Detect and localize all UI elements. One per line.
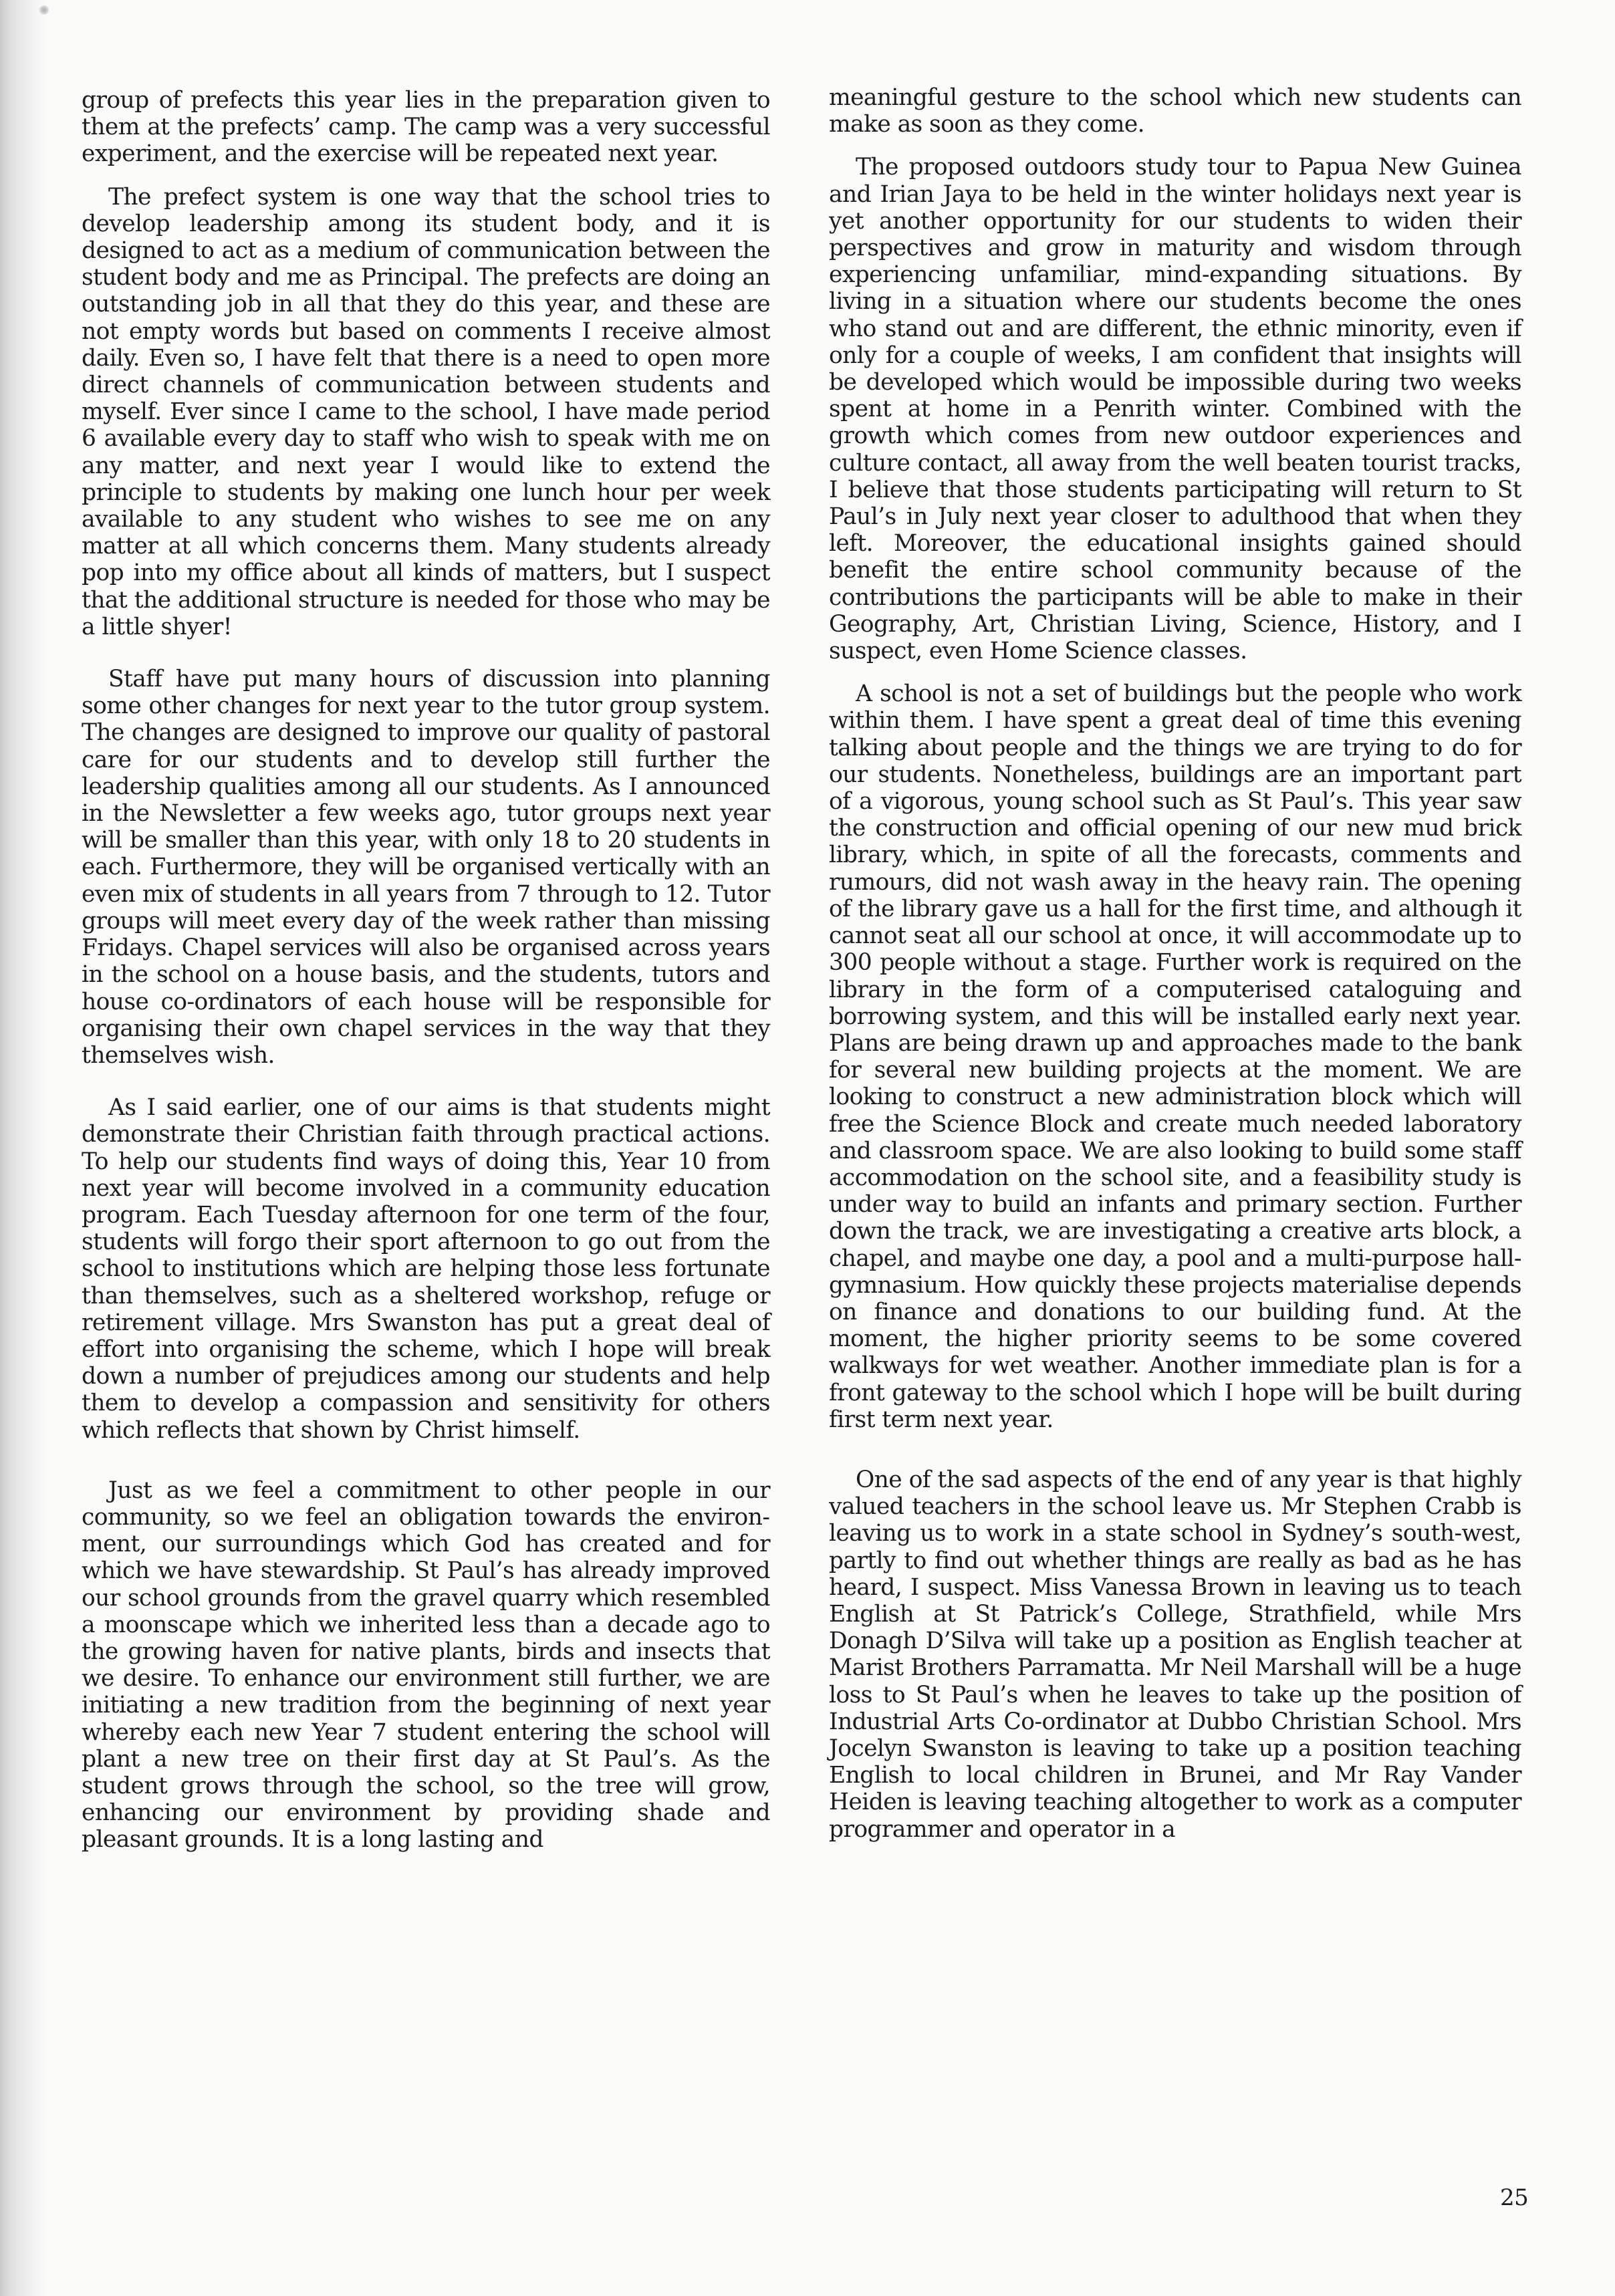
page-edge-shadow [0,0,47,2296]
left-column: group of prefects this year lies in the … [82,87,770,1854]
scan-speck [39,5,49,15]
paragraph-environment: Just as we feel a commitment to other pe… [82,1477,770,1854]
paragraph-prefects-camp: group of prefects this year lies in the … [82,87,770,168]
right-column: meaningful gesture to the school which n… [829,84,1521,1843]
paragraph-buildings: A school is not a set of buildings but t… [829,680,1521,1433]
paragraph-tutor-groups: Staff have put many hours of discussion … [82,666,770,1069]
paragraph-prefect-system: The prefect system is one way that the s… [82,184,770,640]
paragraph-study-tour: The proposed outdoors study tour to Papu… [829,154,1521,664]
paragraph-departing-teachers: One of the sad aspects of the end of any… [829,1466,1521,1843]
paragraph-community-education: As I said earlier, one of our aims is th… [82,1094,770,1444]
page-number: 25 [1500,2184,1528,2211]
paragraph-meaningful-gesture: meaningful gesture to the school which n… [829,84,1521,138]
